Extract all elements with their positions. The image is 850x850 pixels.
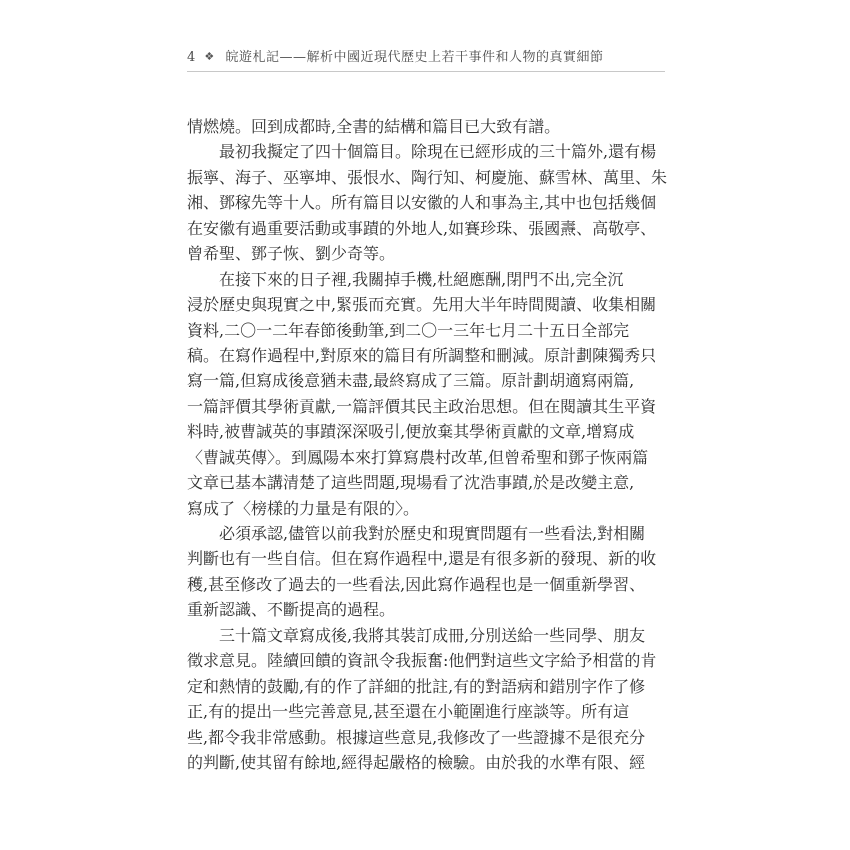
running-header: 4 ❖ 皖遊札記——解析中國近現代歷史上若干事件和人物的真實細節 [187, 50, 665, 72]
body-text-block: 情燃燒。回到成都時,全書的結構和篇目已大致有譜。 最初我擬定了四十個篇目。除現在… [187, 114, 669, 775]
text-line: 文章已基本講清楚了這些問題,現場看了沈浩事蹟,於是改變主意, [187, 470, 669, 495]
text-line: 在接下來的日子裡,我關掉手機,杜絕應酬,閉門不出,完全沉 [187, 267, 669, 292]
text-line: 定和熱情的鼓勵,有的作了詳細的批註,有的對語病和錯別字作了修 [187, 674, 669, 699]
text-line: 必須承認,儘管以前我對於歷史和現實問題有一些看法,對相關 [187, 521, 669, 546]
text-line: 判斷也有一些自信。但在寫作過程中,還是有很多新的發現、新的收 [187, 546, 669, 571]
page-number: 4 [187, 50, 196, 65]
text-line: 湘、鄧稼先等十人。所有篇目以安徽的人和事為主,其中也包括幾個 [187, 190, 669, 215]
text-line: 振寧、海子、巫寧坤、張恨水、陶行知、柯慶施、蘇雪林、萬里、朱 [187, 165, 669, 190]
text-line: 徵求意見。陸續回饋的資訊令我振奮:他們對這些文字給予相當的肯 [187, 648, 669, 673]
text-line: 的判斷,使其留有餘地,經得起嚴格的檢驗。由於我的水準有限、經 [187, 750, 669, 775]
book-page: 4 ❖ 皖遊札記——解析中國近現代歷史上若干事件和人物的真實細節 情燃燒。回到成… [0, 0, 850, 850]
text-line: 情燃燒。回到成都時,全書的結構和篇目已大致有譜。 [187, 114, 669, 139]
running-header-text: 4 ❖ 皖遊札記——解析中國近現代歷史上若干事件和人物的真實細節 [187, 50, 665, 66]
text-line: 一篇評價其學術貢獻,一篇評價其民主政治思想。但在閱讀其生平資 [187, 394, 669, 419]
text-line: 正,有的提出一些完善意見,甚至還在小範圍進行座談等。所有這 [187, 699, 669, 724]
text-line: 三十篇文章寫成後,我將其裝訂成冊,分別送給一些同學、朋友 [187, 623, 669, 648]
ornament-icon: ❖ [204, 50, 214, 63]
running-title: 皖遊札記——解析中國近現代歷史上若干事件和人物的真實細節 [225, 50, 603, 65]
text-line: 寫一篇,但寫成後意猶未盡,最終寫成了三篇。原計劃胡適寫兩篇, [187, 368, 669, 393]
text-line: 重新認識、不斷提高的過程。 [187, 597, 669, 622]
text-line: 稿。在寫作過程中,對原來的篇目有所調整和刪減。原計劃陳獨秀只 [187, 343, 669, 368]
text-line: 曾希聖、鄧子恢、劉少奇等。 [187, 241, 669, 266]
text-line: 最初我擬定了四十個篇目。除現在已經形成的三十篇外,還有楊 [187, 139, 669, 164]
text-line: 〈曹誠英傳〉。到鳳陽本來打算寫農村改革,但曾希聖和鄧子恢兩篇 [187, 445, 669, 470]
text-line: 浸於歷史與現實之中,緊張而充實。先用大半年時間閱讀、收集相關 [187, 292, 669, 317]
text-line: 穫,甚至修改了過去的一些看法,因此寫作過程也是一個重新學習、 [187, 572, 669, 597]
header-rule [187, 71, 665, 72]
text-line: 在安徽有過重要活動或事蹟的外地人,如賽珍珠、張國燾、高敬亭、 [187, 216, 669, 241]
text-line: 些,都令我非常感動。根據這些意見,我修改了一些證據不是很充分 [187, 725, 669, 750]
text-line: 料時,被曹誠英的事蹟深深吸引,便放棄其學術貢獻的文章,增寫成 [187, 419, 669, 444]
text-line: 寫成了〈榜樣的力量是有限的〉。 [187, 496, 669, 521]
text-line: 資料,二〇一二年春節後動筆,到二〇一三年七月二十五日全部完 [187, 318, 669, 343]
